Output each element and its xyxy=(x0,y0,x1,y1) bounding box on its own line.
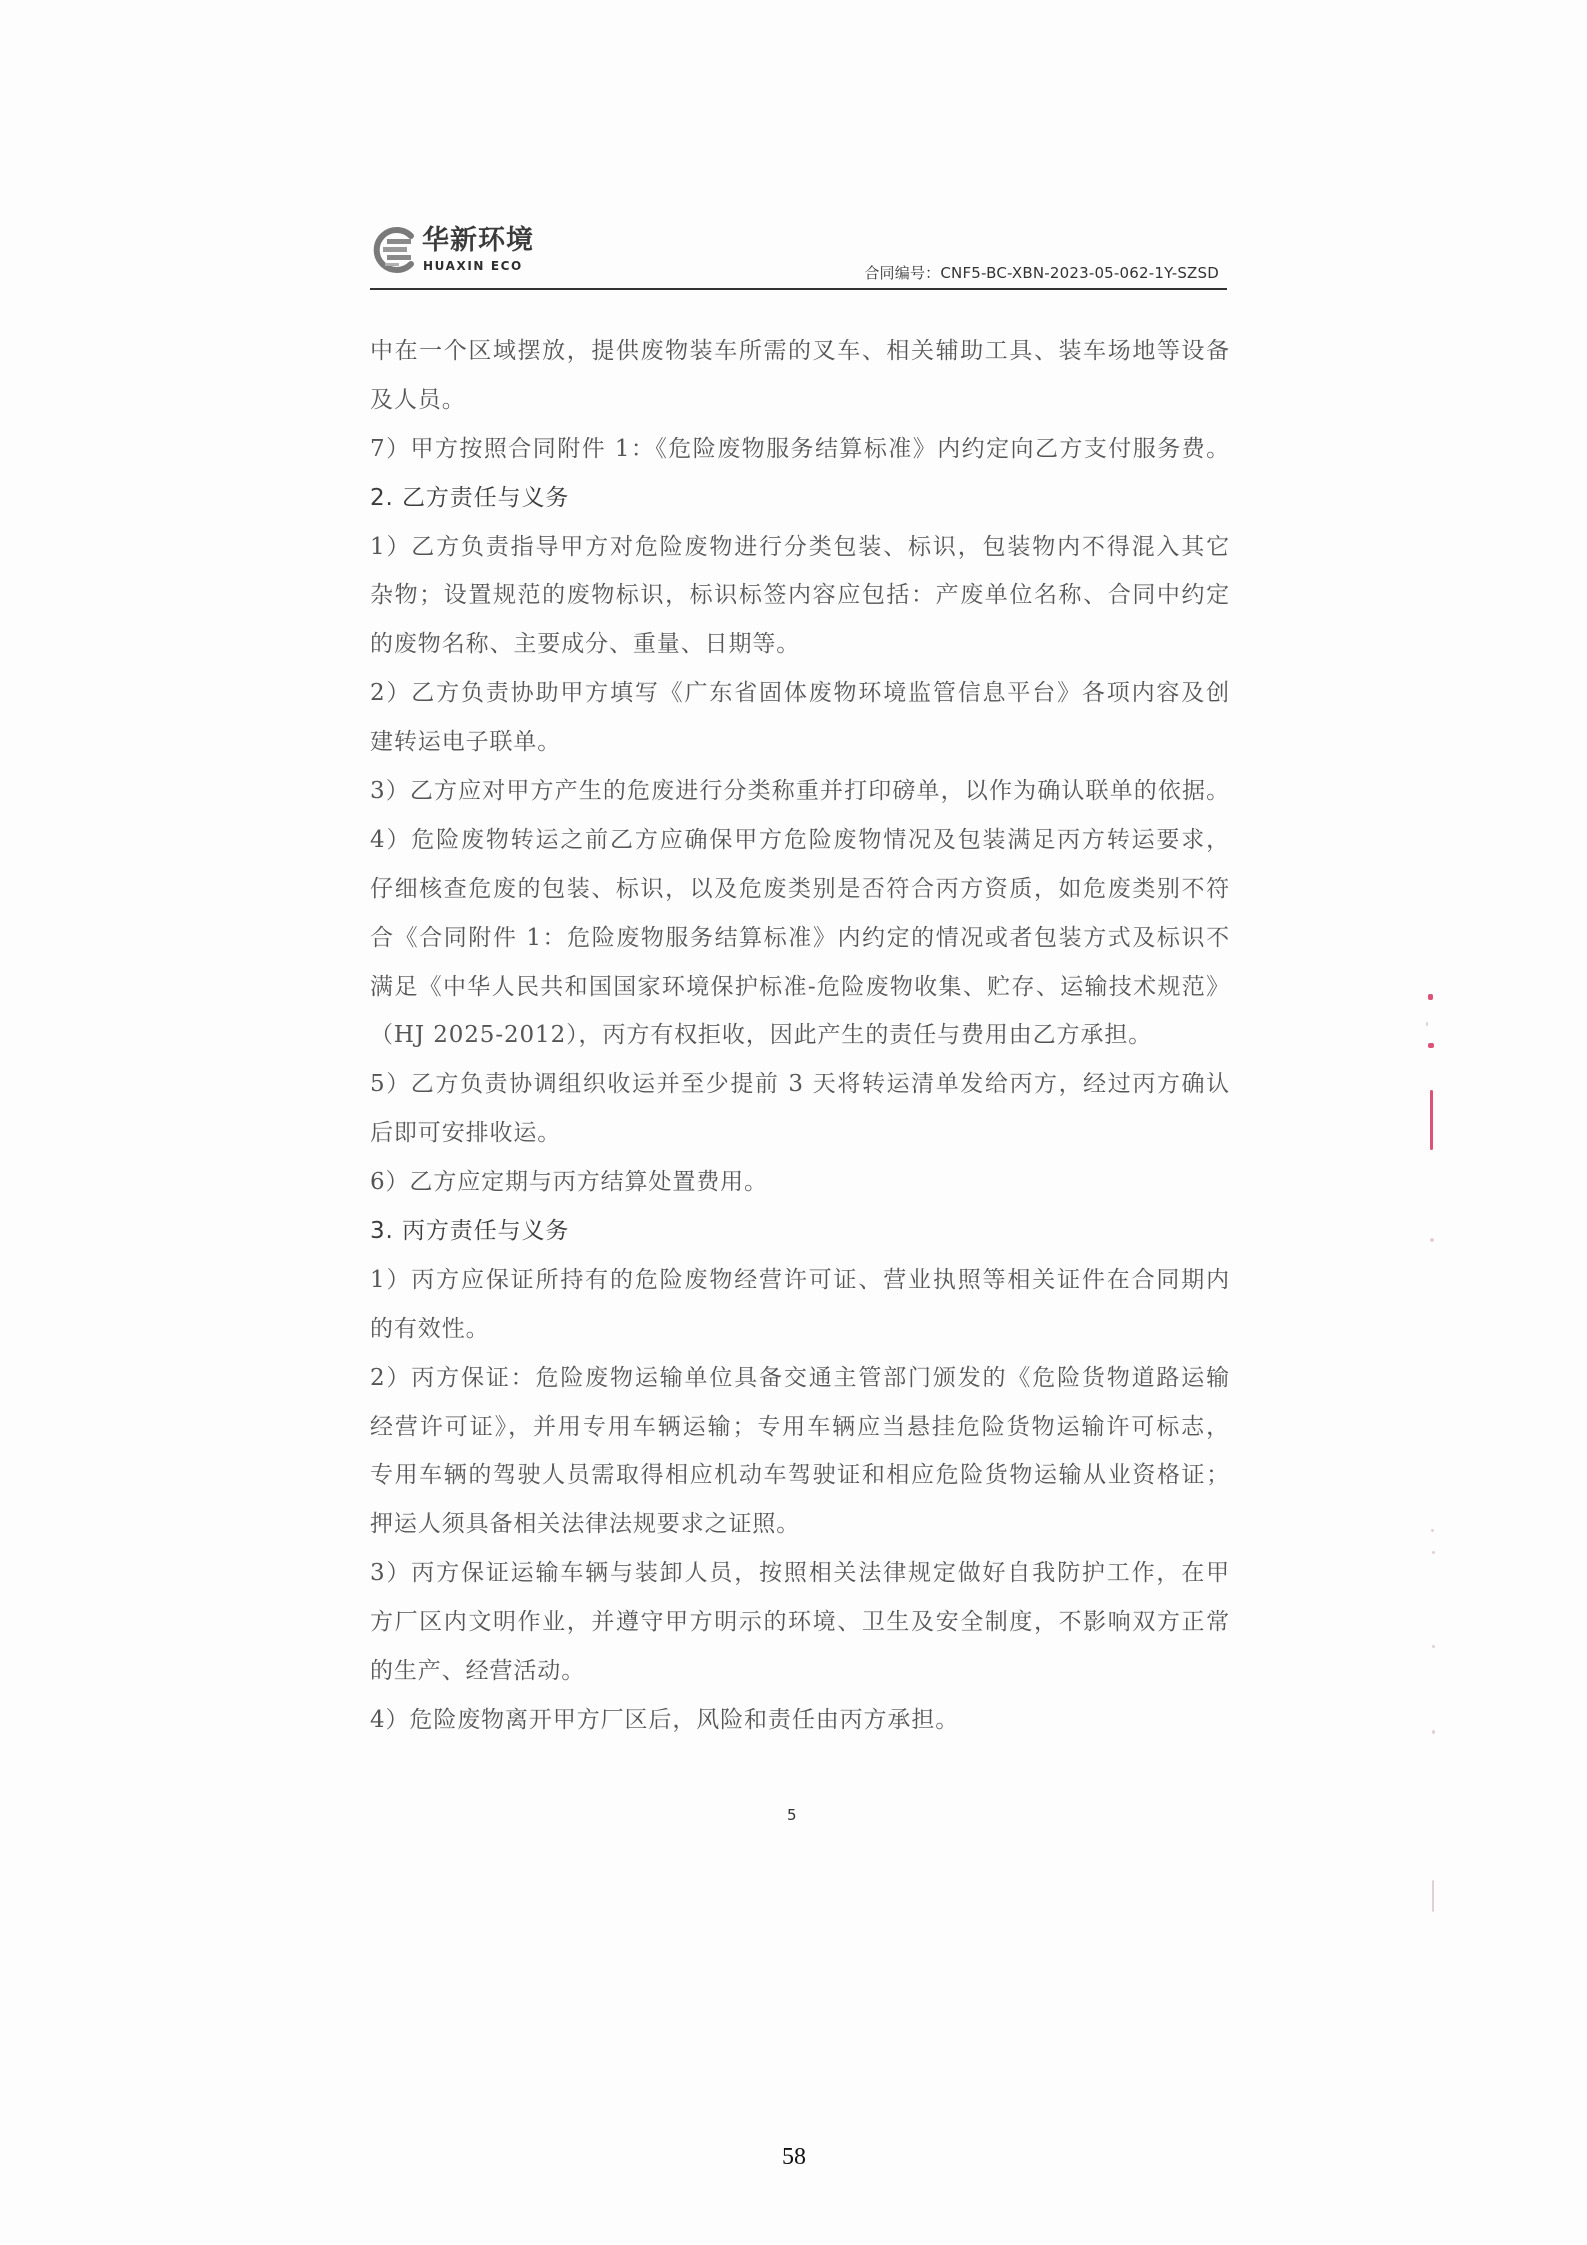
seal-fragment xyxy=(1430,1238,1434,1242)
clause-item: 4）危险废物离开甲方厂区后，风险和责任由丙方承担。 xyxy=(370,1700,1230,1749)
text-line: 经营许可证》，并用专用车辆运输；专用车辆应当悬挂危险货物运输许可标志， xyxy=(370,1407,1230,1456)
clause-item: 3）乙方应对甲方产生的危废进行分类称重并打印磅单，以作为确认联单的依据。 xyxy=(370,771,1230,820)
text-line: 杂物；设置规范的废物标识，标识标签内容应包括：产废单位名称、合同中约定 xyxy=(370,575,1230,624)
text-line: 方厂区内文明作业，并遵守甲方明示的环境、卫生及安全制度，不影响双方正常 xyxy=(370,1602,1230,1651)
seal-fragment xyxy=(1428,994,1433,1000)
logo-chinese-name: 华新环境 xyxy=(422,226,534,256)
section-heading: 3. 丙方责任与义务 xyxy=(370,1211,1230,1260)
seal-fragment xyxy=(1432,1880,1434,1912)
seal-fragment xyxy=(1432,1645,1435,1648)
huaxin-logo-icon xyxy=(373,226,417,274)
clause-item: 1）乙方负责指导甲方对危险废物进行分类包装、标识，包装物内不得混入其它 xyxy=(370,527,1230,576)
outer-page-number: 58 xyxy=(782,2144,806,2171)
contract-body: 中在一个区域摆放，提供废物装车所需的叉车、相关辅助工具、装车场地等设备 及人员。… xyxy=(370,331,1230,1749)
seal-fragment xyxy=(1428,1043,1434,1048)
clause-item: 7）甲方按照合同附件 1：《危险废物服务结算标准》内约定向乙方支付服务费。 xyxy=(370,429,1230,478)
text-line: 满足《中华人民共和国国家环境保护标准-危险废物收集、贮存、运输技术规范》 xyxy=(370,967,1230,1016)
seal-fragment xyxy=(1431,1529,1434,1532)
text-line: 的废物名称、主要成分、重量、日期等。 xyxy=(370,624,1230,673)
clause-item: 1）丙方应保证所持有的危险废物经营许可证、营业执照等相关证件在合同期内 xyxy=(370,1260,1230,1309)
clause-item: 5）乙方负责协调组织收运并至少提前 3 天将转运清单发给丙方，经过丙方确认 xyxy=(370,1064,1230,1113)
text-line: （HJ 2025-2012），丙方有权拒收，因此产生的责任与费用由乙方承担。 xyxy=(370,1015,1230,1064)
clause-item: 3）丙方保证运输车辆与装卸人员，按照相关法律规定做好自我防护工作，在甲 xyxy=(370,1553,1230,1602)
text-line: 专用车辆的驾驶人员需取得相应机动车驾驶证和相应危险货物运输从业资格证； xyxy=(370,1455,1230,1504)
text-line: 中在一个区域摆放，提供废物装车所需的叉车、相关辅助工具、装车场地等设备 xyxy=(370,331,1230,380)
text-line: 合《合同附件 1：危险废物服务结算标准》内约定的情况或者包装方式及标识不 xyxy=(370,918,1230,967)
logo-english-name: HUAXIN ECO xyxy=(423,259,523,273)
clause-item: 4）危险废物转运之前乙方应确保甲方危险废物情况及包装满足丙方转运要求， xyxy=(370,820,1230,869)
text-line: 的生产、经营活动。 xyxy=(370,1651,1230,1700)
clause-item: 6）乙方应定期与丙方结算处置费用。 xyxy=(370,1162,1230,1211)
inner-page-number: 5 xyxy=(787,1806,797,1824)
text-line: 及人员。 xyxy=(370,380,1230,429)
contract-number: 合同编号：CNF5-BC-XBN-2023-05-062-1Y-SZSD xyxy=(864,264,1219,282)
seal-fragment xyxy=(1430,1090,1433,1150)
seal-fragment xyxy=(1426,1022,1428,1026)
document-page: 华新环境 HUAXIN ECO 合同编号：CNF5-BC-XBN-2023-05… xyxy=(0,0,1587,2245)
clause-item: 2）丙方保证：危险废物运输单位具备交通主管部门颁发的《危险货物道路运输 xyxy=(370,1358,1230,1407)
page-header: 华新环境 HUAXIN ECO 合同编号：CNF5-BC-XBN-2023-05… xyxy=(370,222,1227,292)
clause-item: 2）乙方负责协助甲方填写《广东省固体废物环境监管信息平台》各项内容及创 xyxy=(370,673,1230,722)
header-divider xyxy=(370,288,1227,290)
text-line: 仔细核查危废的包装、标识，以及危废类别是否符合丙方资质，如危废类别不符 xyxy=(370,869,1230,918)
seal-fragment xyxy=(1432,1730,1435,1734)
text-line: 建转运电子联单。 xyxy=(370,722,1230,771)
seal-fragment xyxy=(1432,1551,1435,1554)
section-heading: 2. 乙方责任与义务 xyxy=(370,478,1230,527)
text-line: 押运人须具备相关法律法规要求之证照。 xyxy=(370,1504,1230,1553)
text-line: 后即可安排收运。 xyxy=(370,1113,1230,1162)
text-line: 的有效性。 xyxy=(370,1309,1230,1358)
